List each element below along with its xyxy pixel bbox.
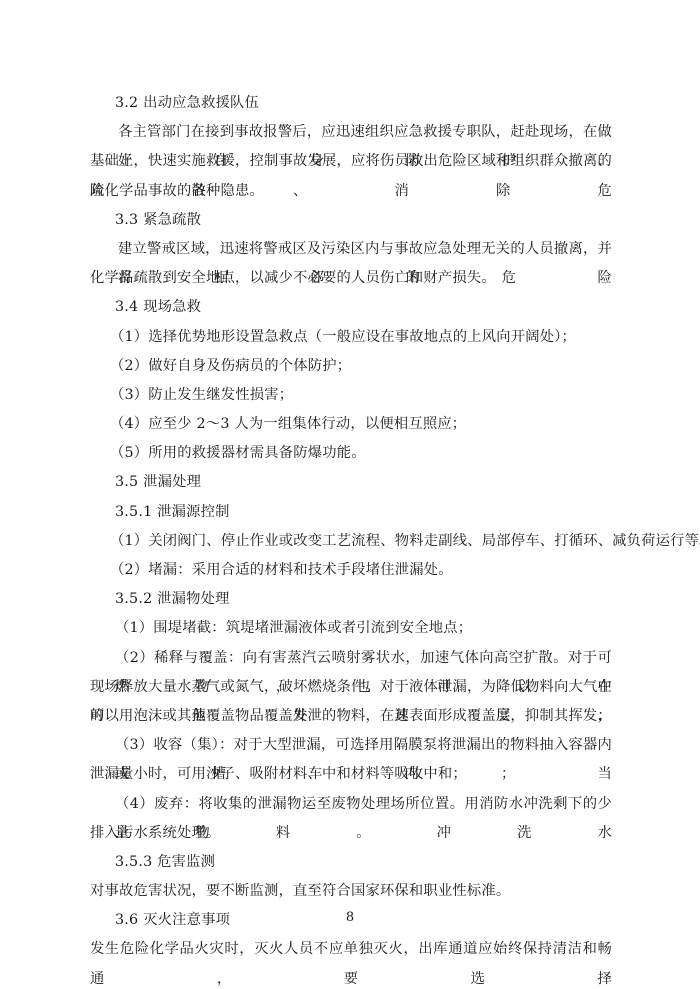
paragraph-line: 现场释放大量水蒸气或氮气，破坏燃烧条件。对于液体泄漏，为降低物料向大气中的蒸发速… bbox=[90, 673, 612, 702]
document-page: 3.2 出动应急救援队伍 各主管部门在接到事故报警后，应迅速组织应急救援专职队，… bbox=[0, 0, 700, 989]
section-heading-3-2: 3.2 出动应急救援队伍 bbox=[90, 89, 612, 118]
list-item: （2）做好自身及伤病员的个体防护； bbox=[90, 352, 612, 381]
page-number: 8 bbox=[0, 910, 700, 925]
list-item: （4）应至少 2～3 人为一组集体行动，以便相互照应； bbox=[90, 410, 612, 439]
list-item: （3）收容（集）：对于大型泄漏，可选择用隔膜泵将泄漏出的物料抽入容器内或槽车内；… bbox=[90, 731, 612, 760]
list-item: （3）防止发生继发性损害； bbox=[90, 381, 612, 410]
list-item: （1）关闭阀门、停止作业或改变工艺流程、物料走副线、局部停车、打循环、减负荷运行… bbox=[90, 527, 612, 556]
list-item: （2）堵漏：采用合适的材料和技术手段堵住泄漏处。 bbox=[90, 556, 612, 585]
list-item: （2）稀释与覆盖：向有害蒸汽云喷射雾状水，加速气体向高空扩散。对于可燃物，也可以… bbox=[90, 644, 612, 673]
list-item: （5）所用的救援器材需具备防爆功能。 bbox=[90, 439, 612, 468]
paragraph-line: 建立警戒区域，迅速将警戒区及污染区内与事故应急处理无关的人员撤离，并将相邻的危险 bbox=[90, 235, 612, 264]
paragraph-line: 各主管部门在接到事故报警后，应迅速组织应急救援专职队，赶赴现场，在做好自身防护的 bbox=[90, 118, 612, 147]
list-item: （1）围堤堵截：筑堤堵泄漏液体或者引流到安全地点； bbox=[90, 614, 612, 643]
paragraph-line: 基础上，快速实施救援，控制事故发展，应将伤员救出危险区域和组织群众撤离、疏散、消… bbox=[90, 147, 612, 176]
section-heading-3-5-1: 3.5.1 泄漏源控制 bbox=[90, 498, 612, 527]
paragraph-line: 可以用泡沫或其他覆盖物品覆盖外泄的物料，在其表面形成覆盖层，抑制其挥发； bbox=[90, 702, 612, 731]
paragraph-line: 对事故危害状况，要不断监测，直至符合国家环保和职业性标准。 bbox=[90, 877, 612, 906]
paragraph-line: 发生危险化学品火灾时，灭火人员不应单独灭火，出库通道应始终保持清洁和畅通，要选择 bbox=[90, 935, 612, 964]
list-item: （1）选择优势地形设置急救点（一般应设在事故地点的上风向开阔处）； bbox=[90, 323, 612, 352]
section-heading-3-4: 3.4 现场急救 bbox=[90, 293, 612, 322]
document-body: 3.2 出动应急救援队伍 各主管部门在接到事故报警后，应迅速组织应急救援专职队，… bbox=[90, 89, 612, 965]
section-heading-3-5: 3.5 泄漏处理 bbox=[90, 468, 612, 497]
section-heading-3-5-3: 3.5.3 危害监测 bbox=[90, 848, 612, 877]
list-item: （4）废弃：将收集的泄漏物运至废物处理场所位置。用消防水冲洗剩下的少量物料。冲洗… bbox=[90, 790, 612, 819]
section-heading-3-3: 3.3 紧急疏散 bbox=[90, 206, 612, 235]
section-heading-3-5-2: 3.5.2 泄漏物处理 bbox=[90, 585, 612, 614]
